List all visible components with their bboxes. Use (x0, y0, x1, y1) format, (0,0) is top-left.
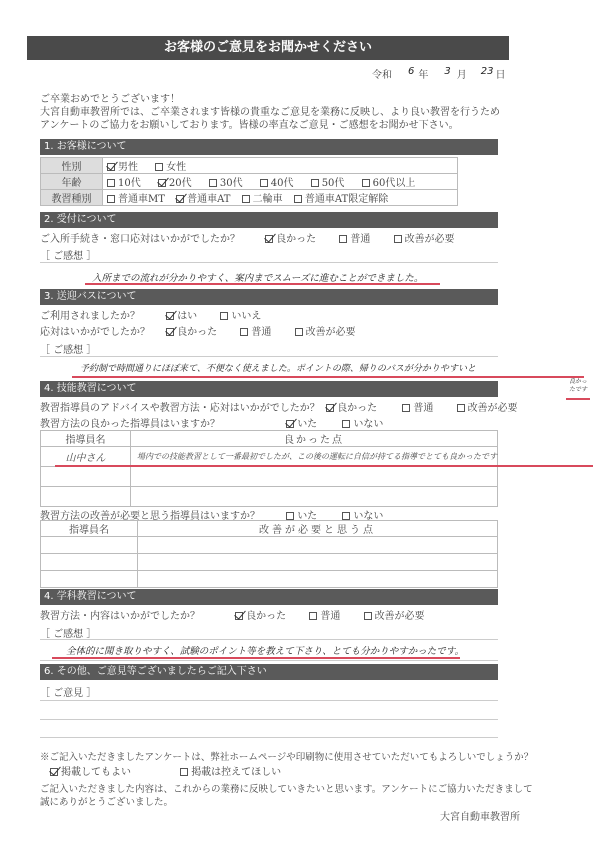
good-instructor-question: 教習方法の良かった指導員はいますか？ (40, 415, 283, 430)
date-era: 令和 (372, 66, 392, 81)
other-comment-label: ［ ご意見 ］ (40, 684, 96, 699)
option-label: 普通 (320, 611, 340, 622)
other-comment-line-3[interactable] (40, 737, 498, 738)
checkbox-icon[interactable] (242, 195, 250, 203)
comment-line (40, 660, 498, 661)
age-10s-option[interactable]: 10代 (107, 174, 141, 189)
course-at-limit-removal-option[interactable]: 普通車AT限定解除 (294, 190, 388, 205)
checkbox-icon[interactable] (295, 328, 303, 336)
improve-points-header: 改善が必要と思う点 (138, 521, 498, 537)
table-row (41, 487, 498, 507)
instructor-rating-question: 教習指導員のアドバイスや教習方法・応対はいかがでしたか？ (40, 399, 323, 414)
checkbox-icon[interactable] (265, 235, 273, 243)
date-month[interactable]: 3 (444, 66, 450, 81)
page-title: お客様のご意見をお聞かせください (27, 36, 509, 60)
option-label: 良かった (246, 611, 286, 622)
instructor-name-cell[interactable] (41, 467, 131, 487)
classroom-question: 教習方法・内容はいかがでしたか？ (40, 607, 232, 622)
option-label: いた (297, 419, 317, 430)
table-row: 山中さん 場内での技能教習として一番最初でしたが、この後の運転に自信が持てる指導… (41, 447, 498, 467)
option-label: 60代以上 (373, 178, 416, 189)
red-underline (566, 398, 590, 400)
bus-use-no-option[interactable]: いいえ (220, 307, 261, 322)
checkbox-icon[interactable] (457, 404, 465, 412)
course-type-row: 教習種別 普通車MT 普通車AT 二輪車 普通車AT限定解除 (41, 190, 458, 206)
gender-row: 性別 男性 女性 (41, 158, 458, 174)
reception-comment[interactable]: 入所までの流れが分かりやすく、案内までスムーズに進むことができました。 (92, 270, 423, 284)
instructor-rating-row: 教習指導員のアドバイスや教習方法・応対はいかがでしたか？ 良かった 普通 改善が… (40, 399, 532, 414)
checkbox-icon[interactable] (180, 768, 188, 776)
classroom-question-row: 教習方法・内容はいかがでしたか？ 良かった 普通 改善が必要 (40, 607, 439, 622)
option-label: 良かった (177, 327, 217, 338)
checkbox-icon[interactable] (402, 404, 410, 412)
bus-use-yes-option[interactable]: はい (166, 307, 197, 322)
option-label: 普通車AT (187, 194, 230, 205)
section-2-header: 2. 受付について (40, 212, 498, 228)
comment-line (40, 262, 498, 263)
course-at-option[interactable]: 普通車AT (176, 190, 230, 205)
age-60s-plus-option[interactable]: 60代以上 (362, 174, 416, 189)
closing-text: ご記入いただきました内容は、これからの業務に反映していきたいと思います。アンケー… (40, 783, 533, 809)
intro-line-3: アンケートのご協力をお願いしております。皆様の率直なご意見・ご感想をお聞かせ下さ… (40, 119, 560, 132)
bus-service-question: 応対はいかがでしたか？ (40, 323, 163, 338)
option-label: はい (177, 311, 197, 322)
option-label: 10代 (118, 178, 141, 189)
checkbox-icon[interactable] (50, 768, 58, 776)
option-label: 普通 (413, 403, 433, 414)
option-label: 30代 (220, 178, 243, 189)
comment-line (40, 639, 498, 640)
option-label: 50代 (322, 178, 345, 189)
option-label: 改善が必要 (306, 327, 356, 338)
section-5-header: 4. 学科教習について (40, 589, 498, 605)
bus-service-good-option[interactable]: 良かった (166, 323, 217, 338)
checkbox-icon[interactable] (394, 235, 402, 243)
date-year[interactable]: 6 (408, 66, 414, 81)
improve-instructor-table: 指導員名 改善が必要と思う点 (40, 520, 498, 588)
age-label: 年齢 (41, 174, 103, 190)
instructor-name-cell[interactable] (41, 554, 138, 571)
instructor-good-option[interactable]: 良かった (326, 399, 377, 414)
bus-service-row: 応対はいかがでしたか？ 良かった 普通 改善が必要 (40, 323, 370, 338)
option-label: 改善が必要 (405, 234, 455, 245)
checkbox-icon[interactable] (166, 312, 174, 320)
option-label: 女性 (166, 162, 186, 173)
closing-line-1: ご記入いただきました内容は、これからの業務に反映していきたいと思います。アンケー… (40, 783, 533, 796)
reception-question-row: ご入所手続き・窓口応対はいかがでしたか？ 良かった 普通 改善が必要 (40, 230, 469, 245)
section-3-header: 3. 送迎バスについて (40, 289, 498, 305)
checkbox-icon[interactable] (342, 420, 350, 428)
good-points-header: 良かった点 (131, 431, 498, 447)
classroom-good-option[interactable]: 良かった (235, 607, 286, 622)
improve-points-cell[interactable] (138, 537, 498, 554)
option-label: 男性 (118, 162, 138, 173)
reception-comment-label: ［ ご感想 ］ (40, 247, 96, 262)
checkbox-icon[interactable] (311, 179, 319, 187)
checkbox-icon[interactable] (309, 612, 317, 620)
good-instructor-table: 指導員名 良かった点 山中さん 場内での技能教習として一番最初でしたが、この後の… (40, 430, 498, 507)
table-row (41, 571, 498, 588)
checkbox-icon[interactable] (107, 163, 115, 171)
reception-good-option[interactable]: 良かった (265, 230, 316, 245)
good-points-cell[interactable] (131, 487, 498, 507)
publish-consent-options: 掲載してもよい 掲載は控えてほしい (50, 763, 295, 778)
option-label: 普通 (350, 234, 370, 245)
checkbox-icon[interactable] (220, 312, 228, 320)
instructor-name-cell[interactable] (41, 487, 131, 507)
age-row: 年齢 10代 20代 30代 40代 50代 60代以上 (41, 174, 458, 190)
checkbox-icon[interactable] (235, 612, 243, 620)
checkbox-icon[interactable] (107, 195, 115, 203)
instructor-name-cell[interactable] (41, 571, 138, 588)
customer-info-table: 性別 男性 女性 年齢 10代 20代 30代 40代 50代 60代以上 教習… (40, 157, 458, 206)
bus-comment-overflow: 良かったです (569, 378, 591, 394)
good-instructor-row: 教習方法の良かった指導員はいますか？ いた いない (40, 415, 397, 430)
option-label: 普通 (251, 327, 271, 338)
checkbox-icon[interactable] (155, 163, 163, 171)
option-label: 良かった (276, 234, 316, 245)
option-label: 40代 (271, 178, 294, 189)
red-underline (72, 376, 584, 378)
instructor-improve-option[interactable]: 改善が必要 (457, 399, 518, 414)
option-label: 普通車MT (118, 194, 165, 205)
instructor-name-cell[interactable] (41, 537, 138, 554)
option-label: いない (353, 419, 383, 430)
gender-male-option[interactable]: 男性 (107, 158, 138, 173)
bus-comment-label: ［ ご感想 ］ (40, 341, 96, 356)
good-instructor-no-option[interactable]: いない (342, 415, 383, 430)
section-6-header: 6. その他、ご意見等ございましたらご記入下さい (40, 664, 498, 680)
bus-use-question: ご利用されましたか？ (40, 307, 163, 322)
improve-points-cell[interactable] (138, 571, 498, 588)
section-1-header: 1. お客様について (40, 139, 498, 155)
good-points-cell[interactable] (131, 467, 498, 487)
bus-comment[interactable]: 予約制で時間通りにほぼ来て、不便なく使えました。ポイントの際、帰りのバスが分かり… (80, 361, 476, 374)
age-50s-option[interactable]: 50代 (311, 174, 345, 189)
intro-line-1: ご卒業おめでとうございます！ (40, 93, 560, 106)
table-header-row: 指導員名 改善が必要と思う点 (41, 521, 498, 537)
reception-normal-option[interactable]: 普通 (339, 230, 370, 245)
red-underline (85, 283, 440, 285)
intro-line-2: 大宮自動車教習所では、ご卒業されます皆様の貴重なご意見を業務に反映し、より良い教… (40, 106, 560, 119)
option-label: 二輪車 (253, 194, 283, 205)
instructor-normal-option[interactable]: 普通 (402, 399, 433, 414)
checkbox-icon[interactable] (364, 612, 372, 620)
classroom-comment[interactable]: 全体的に聞き取りやすく、試験のポイント等を教えて下さり、とても分かりやすかったで… (66, 643, 464, 657)
checkbox-icon[interactable] (286, 512, 294, 520)
table-row (41, 537, 498, 554)
option-label: 掲載は控えてほしい (191, 767, 281, 778)
checkbox-icon[interactable] (209, 179, 217, 187)
date-day[interactable]: 23 (481, 66, 494, 81)
checkbox-icon[interactable] (166, 328, 174, 336)
school-signature: 大宮自動車教習所 (440, 808, 520, 823)
gender-label: 性別 (41, 158, 103, 174)
option-label: 20代 (169, 178, 192, 189)
survey-date: 令和 6 年 3 月 23 日 (372, 66, 505, 81)
red-underline (52, 657, 460, 659)
other-comment-line-1[interactable] (40, 700, 498, 701)
option-label: 改善が必要 (468, 403, 518, 414)
good-points-cell[interactable]: 場内での技能教習として一番最初でしたが、この後の運転に自信が持てる指導でとても良… (131, 447, 498, 467)
checkbox-icon[interactable] (260, 179, 268, 187)
option-label: 掲載してもよい (61, 767, 131, 778)
improve-points-cell[interactable] (138, 554, 498, 571)
checkbox-icon[interactable] (362, 179, 370, 187)
reception-question: ご入所手続き・窓口応対はいかがでしたか？ (40, 230, 262, 245)
classroom-improve-option[interactable]: 改善が必要 (364, 607, 425, 622)
red-underline (55, 465, 593, 467)
table-row (41, 554, 498, 571)
checkbox-icon[interactable] (158, 179, 166, 187)
section-4-header: 4. 技能教習について (40, 381, 498, 397)
publish-consent-question: ※ご記入いただきましたアンケートは、弊社ホームページや印刷物に使用させていただい… (40, 749, 533, 763)
course-mt-option[interactable]: 普通車MT (107, 190, 165, 205)
bus-service-improve-option[interactable]: 改善が必要 (295, 323, 356, 338)
checkbox-icon[interactable] (107, 179, 115, 187)
publish-decline-option[interactable]: 掲載は控えてほしい (180, 763, 281, 778)
instructor-name-header: 指導員名 (41, 431, 131, 447)
checkbox-icon[interactable] (176, 195, 184, 203)
classroom-normal-option[interactable]: 普通 (309, 607, 340, 622)
instructor-name-header: 指導員名 (41, 521, 138, 537)
date-day-unit: 日 (495, 66, 505, 81)
checkbox-icon[interactable] (339, 235, 347, 243)
other-comment-line-2[interactable] (40, 719, 498, 720)
classroom-comment-label: ［ ご感想 ］ (40, 625, 96, 640)
table-row (41, 467, 498, 487)
intro-text: ご卒業おめでとうございます！ 大宮自動車教習所では、ご卒業されます皆様の貴重なご… (40, 93, 560, 132)
checkbox-icon[interactable] (294, 195, 302, 203)
comment-line (40, 356, 498, 357)
checkbox-icon[interactable] (286, 420, 294, 428)
reception-improve-option[interactable]: 改善が必要 (394, 230, 455, 245)
publish-ok-option[interactable]: 掲載してもよい (50, 763, 131, 778)
bus-use-row: ご利用されましたか？ はい いいえ (40, 307, 275, 322)
good-instructor-yes-option[interactable]: いた (286, 415, 317, 430)
age-40s-option[interactable]: 40代 (260, 174, 294, 189)
checkbox-icon[interactable] (240, 328, 248, 336)
option-label: 改善が必要 (375, 611, 425, 622)
age-30s-option[interactable]: 30代 (209, 174, 243, 189)
bus-service-normal-option[interactable]: 普通 (240, 323, 271, 338)
date-month-unit: 月 (457, 66, 467, 81)
option-label: いいえ (231, 311, 261, 322)
checkbox-icon[interactable] (326, 404, 334, 412)
checkbox-icon[interactable] (342, 512, 350, 520)
gender-female-option[interactable]: 女性 (155, 158, 186, 173)
option-label: 良かった (337, 403, 377, 414)
age-20s-option[interactable]: 20代 (158, 174, 192, 189)
option-label: 普通車AT限定解除 (305, 194, 388, 205)
table-header-row: 指導員名 良かった点 (41, 431, 498, 447)
instructor-name-cell[interactable]: 山中さん (41, 447, 131, 467)
course-motorcycle-option[interactable]: 二輪車 (242, 190, 283, 205)
date-year-unit: 年 (418, 66, 428, 81)
course-type-label: 教習種別 (41, 190, 103, 206)
